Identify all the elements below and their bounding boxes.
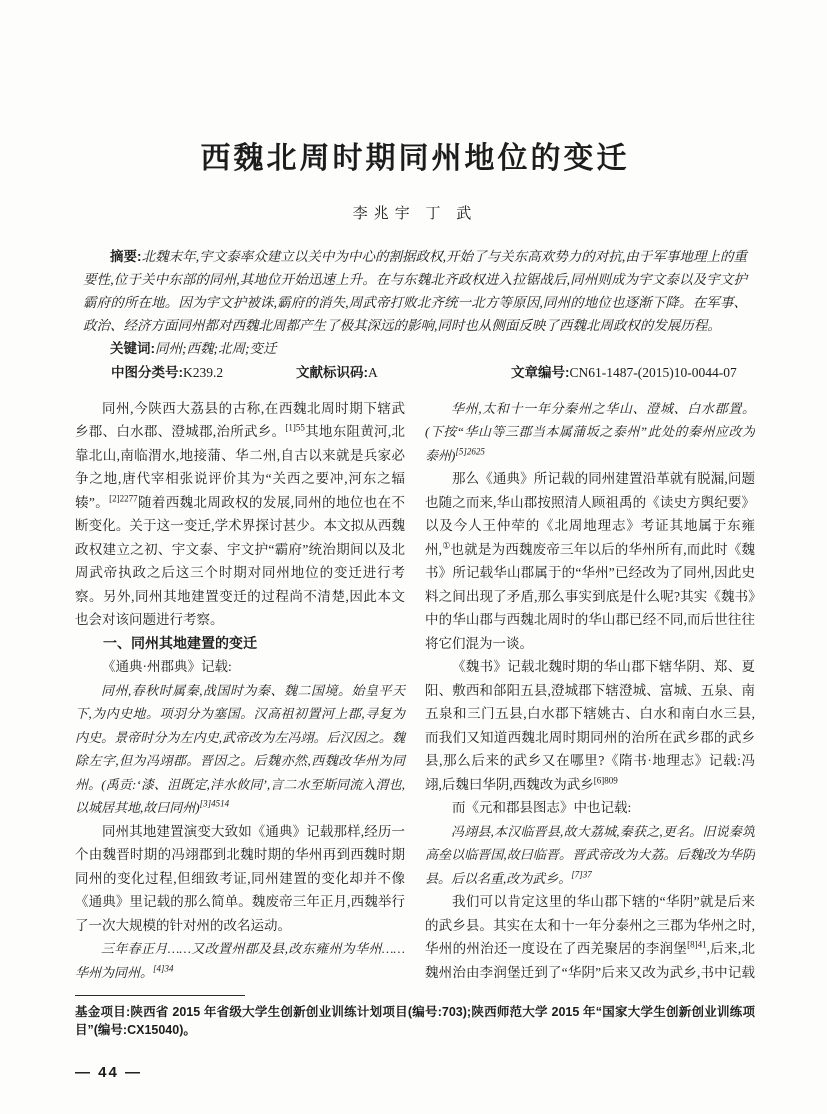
author-names: 李兆宇 丁 武 [75,202,755,223]
article-no-pair: 文章编号:CN61-1487-(2015)10-0044-07 [511,361,737,384]
clc-value: K239.2 [183,365,223,380]
abstract-text: 北魏末年,宇文泰率众建立以关中为中心的割据政权,开始了与关东高欢势力的对抗,由于… [83,249,747,333]
doc-code-label: 文献标识码: [296,365,368,380]
article-page: 西魏北周时期同州地位的变迁 李兆宇 丁 武 摘要:北魏末年,宇文泰率众建立以关中… [0,0,827,1114]
block-quote: 冯翊县,本汉临晋县,故大荔城,秦获之,更名。旧说秦筑高垒以临晋国,故曰临晋。晋武… [425,820,755,891]
paragraph: 《通典·州郡典》记载: [75,655,405,679]
clc-pair: 中图分类号:K239.2 [111,361,296,384]
article-no-label: 文章编号: [511,365,570,380]
section-heading: 一、同州其地建置的变迁 [75,632,405,656]
body-columns: 同州,今陕西大荔县的古称,在西魏北周时期下辖武乡郡、白水郡、澄城郡,治所武乡。[… [75,397,755,985]
page-number: — 44 — [75,1064,755,1081]
clc-label: 中图分类号: [111,365,183,380]
keywords-line: 关键词:同州;西魏;北周;变迁 [83,337,747,360]
funding-text: 陕西省 2015 年省级大学生创新创业训练计划项目(编号:703);陕西师范大学… [75,1005,755,1038]
article-title: 西魏北周时期同州地位的变迁 [75,140,755,178]
abstract-label: 摘要: [110,249,142,264]
keywords-text: 同州;西魏;北周;变迁 [155,341,277,356]
footnote-divider [75,995,245,996]
meta-block: 摘要:北魏末年,宇文泰率众建立以关中为中心的割据政权,开始了与关东高欢势力的对抗… [75,245,755,384]
block-quote: 华州,太和十一年分秦州之华山、澄城、白水郡置。(下按“华山等三郡当本属蒲坂之泰州… [425,397,755,468]
abstract-paragraph: 摘要:北魏末年,宇文泰率众建立以关中为中心的割据政权,开始了与关东高欢势力的对抗… [83,245,747,337]
paragraph: 同州,今陕西大荔县的古称,在西魏北周时期下辖武乡郡、白水郡、澄城郡,治所武乡。[… [75,397,405,632]
right-column: 华州,太和十一年分秦州之华山、澄城、白水郡置。(下按“华山等三郡当本属蒲坂之泰州… [425,397,755,985]
keywords-label: 关键词: [110,341,155,356]
left-column: 同州,今陕西大荔县的古称,在西魏北周时期下辖武乡郡、白水郡、澄城郡,治所武乡。[… [75,397,405,985]
doc-code-value: A [368,365,378,380]
block-quote: 三年春正月……又改置州郡及县,改东雍州为华州……华州为同州。[4]34 [75,937,405,984]
classification-line: 中图分类号:K239.2 文献标识码:A 文章编号:CN61-1487-(201… [83,361,747,384]
funding-label: 基金项目: [75,1005,130,1019]
block-quote: 同州,春秋时属秦,战国时为秦、魏二国境。始皇平天下,为内史地。项羽分为塞国。汉高… [75,679,405,820]
paragraph: 同州其地建置演变大致如《通典》记载那样,经历一个由魏晋时期的冯翊郡到北魏时期的华… [75,820,405,938]
paragraph: 我们可以肯定这里的华山郡下辖的“华阴”就是后来的武乡县。其实在太和十一年分泰州之… [425,890,755,985]
article-no-value: CN61-1487-(2015)10-0044-07 [570,365,737,380]
doc-code-pair: 文献标识码:A [296,361,511,384]
paragraph: 那么《通典》所记载的同州建置沿革就有脱漏,问题也随之而来,华山郡按照清人顾祖禹的… [425,467,755,655]
paragraph: 而《元和郡县图志》中也记载: [425,796,755,820]
paragraph: 《魏书》记载北魏时期的华山郡下辖华阴、郑、夏阳、敷西和郃阳五县,澄城郡下辖澄城、… [425,655,755,796]
funding-note: 基金项目:陕西省 2015 年省级大学生创新创业训练计划项目(编号:703);陕… [75,1003,755,1040]
paragraph: 据上可知同州由北魏时期的华州演变而来,而《魏书·地形志》又记载: [75,984,405,985]
